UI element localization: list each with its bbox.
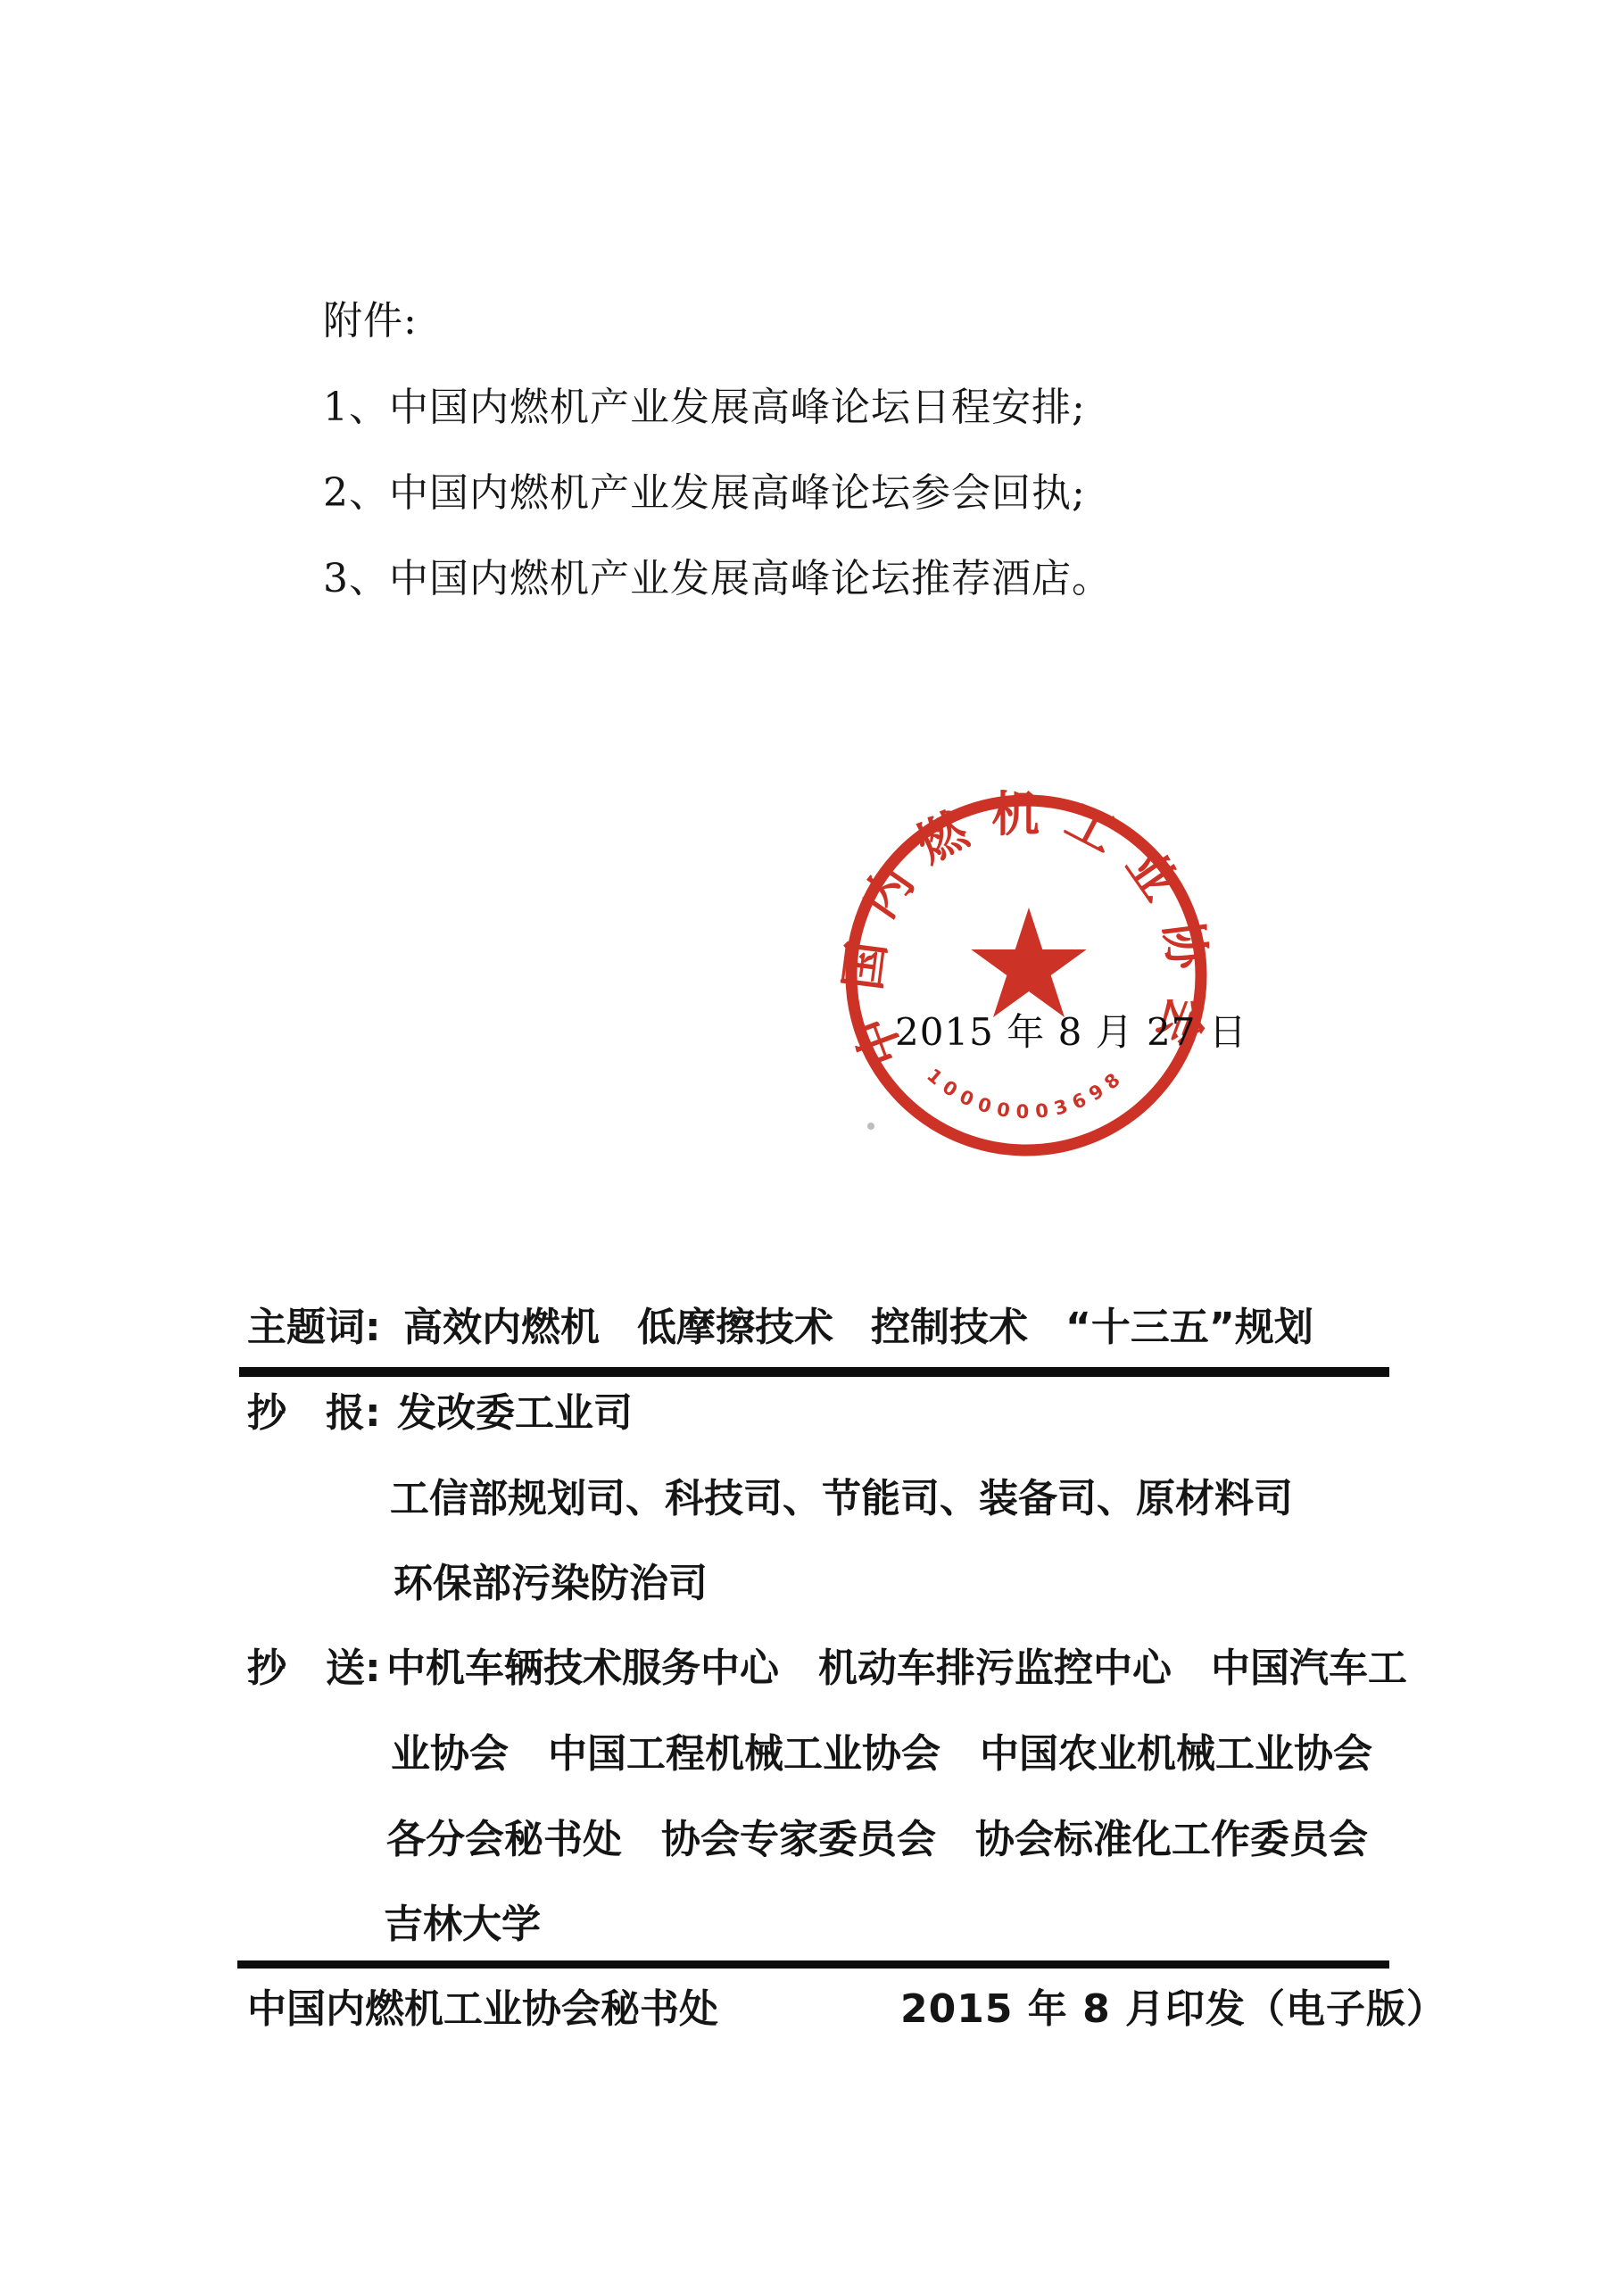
- official-seal-stamp: 中国内燃机工业协会 1100000036987: [841, 790, 1212, 1161]
- footer-issuer: 中国内燃机工业协会秘书处: [247, 1988, 718, 2031]
- cc-report-line-2: 工信部规划司、科技司、节能司、装备司、原材料司: [390, 1478, 1293, 1521]
- cc-report-line-3: 环保部污染防治司: [394, 1562, 708, 1605]
- attachment-item-3: 3、中国内燃机产业发展高峰论坛推荐酒店。: [323, 558, 1112, 601]
- cc-report-line-1: 发改委工业司: [397, 1392, 633, 1435]
- attachment-item-1: 1、中国内燃机产业发展高峰论坛日程安排;: [323, 386, 1086, 429]
- subject-label: 主题词:: [247, 1306, 381, 1349]
- subject-keyword-2: 低摩擦技术: [637, 1306, 833, 1349]
- cc-send-line-4: 吉林大学: [384, 1903, 541, 1946]
- cc-send-line-1: 中机车辆技术服务中心 机动车排污监控中心 中国汽车工: [386, 1647, 1407, 1690]
- subject-keyword-3: 控制技术: [871, 1306, 1028, 1349]
- cc-send-label: 抄 送:: [247, 1647, 381, 1690]
- scan-speck: [867, 1123, 874, 1130]
- seal-star-icon: [971, 908, 1086, 1017]
- attachments-label: 附件:: [323, 300, 418, 343]
- cc-send-line-2: 业协会 中国工程机械工业协会 中国农业机械工业协会: [391, 1733, 1372, 1776]
- attachment-item-2: 2、中国内燃机产业发展高峰论坛参会回执;: [323, 472, 1086, 515]
- subject-keyword-1: 高效内燃机: [403, 1306, 600, 1349]
- separator-rule-bottom: [237, 1960, 1389, 1969]
- seal-graphic: 中国内燃机工业协会 1100000036987: [841, 790, 1212, 1161]
- separator-rule-top: [239, 1367, 1389, 1377]
- footer-print-info: 2015 年 8 月印发（电子版）: [900, 1988, 1446, 2031]
- cc-send-line-3: 各分会秘书处 协会专家委员会 协会标准化工作委员会: [386, 1819, 1368, 1861]
- subject-keyword-4: “十三五”规划: [1065, 1306, 1313, 1349]
- issue-date: 2015 年 8 月 27 日: [895, 1003, 1247, 1057]
- cc-report-label: 抄 报:: [247, 1392, 381, 1435]
- document-page: 附件: 1、中国内燃机产业发展高峰论坛日程安排; 2、中国内燃机产业发展高峰论坛…: [0, 0, 1624, 2296]
